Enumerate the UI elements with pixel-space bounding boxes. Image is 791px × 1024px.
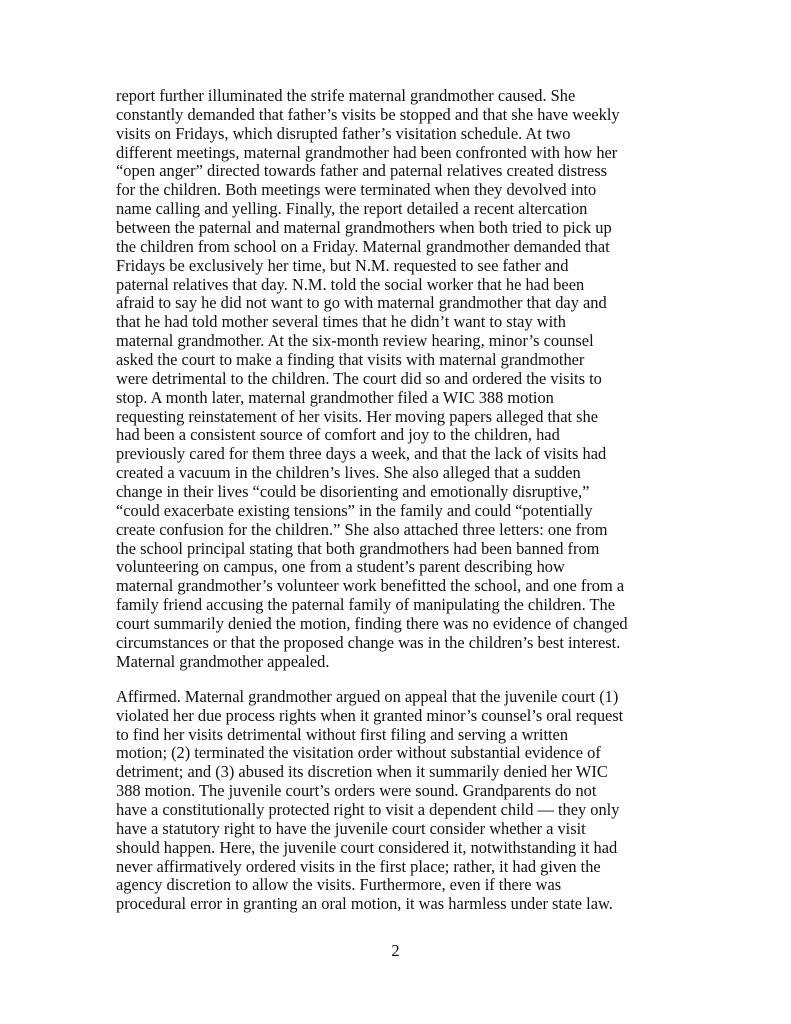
text-line: have a constitutionally protected right … [116, 801, 676, 820]
text-line: 388 motion. The juvenile court’s orders … [116, 782, 676, 801]
text-line: the school principal stating that both g… [116, 540, 676, 559]
body-text: report further illuminated the strife ma… [116, 87, 676, 914]
text-line: Maternal grandmother appealed. [116, 653, 676, 672]
text-line: previously cared for them three days a w… [116, 445, 676, 464]
text-line: between the paternal and maternal grandm… [116, 219, 676, 238]
text-line: report further illuminated the strife ma… [116, 87, 676, 106]
text-line: procedural error in granting an oral mot… [116, 895, 676, 914]
text-line: circumstances or that the proposed chang… [116, 634, 676, 653]
text-line: court summarily denied the motion, findi… [116, 615, 676, 634]
text-line: detriment; and (3) abused its discretion… [116, 763, 676, 782]
text-line: afraid to say he did not want to go with… [116, 294, 676, 313]
text-line: violated her due process rights when it … [116, 707, 676, 726]
text-line: for the children. Both meetings were ter… [116, 181, 676, 200]
text-line: maternal grandmother. At the six-month r… [116, 332, 676, 351]
text-line: create confusion for the children.” She … [116, 521, 676, 540]
text-line: visits on Fridays, which disrupted fathe… [116, 125, 676, 144]
text-line: created a vacuum in the children’s lives… [116, 464, 676, 483]
text-line: change in their lives “could be disorien… [116, 483, 676, 502]
text-line: “open anger” directed towards father and… [116, 162, 676, 181]
text-line: name calling and yelling. Finally, the r… [116, 200, 676, 219]
text-line: should happen. Here, the juvenile court … [116, 839, 676, 858]
text-line: “could exacerbate existing tensions” in … [116, 502, 676, 521]
text-line: paternal relatives that day. N.M. told t… [116, 276, 676, 295]
text-line: have a statutory right to have the juven… [116, 820, 676, 839]
text-line: Fridays be exclusively her time, but N.M… [116, 257, 676, 276]
text-line: were detrimental to the children. The co… [116, 370, 676, 389]
text-line: motion; (2) terminated the visitation or… [116, 744, 676, 763]
text-line: to find her visits detrimental without f… [116, 726, 676, 745]
text-line: volunteering on campus, one from a stude… [116, 558, 676, 577]
text-line: constantly demanded that father’s visits… [116, 106, 676, 125]
document-page: report further illuminated the strife ma… [0, 0, 791, 1024]
text-line: the children from school on a Friday. Ma… [116, 238, 676, 257]
text-line: had been a consistent source of comfort … [116, 426, 676, 445]
text-line: agency discretion to allow the visits. F… [116, 876, 676, 895]
page-number: 2 [0, 941, 791, 960]
paragraph-facts: report further illuminated the strife ma… [116, 87, 676, 672]
text-line: family friend accusing the paternal fami… [116, 596, 676, 615]
paragraph-spacer [116, 672, 676, 688]
text-line: different meetings, maternal grandmother… [116, 144, 676, 163]
text-line: maternal grandmother’s volunteer work be… [116, 577, 676, 596]
text-line: that he had told mother several times th… [116, 313, 676, 332]
paragraph-holding: Affirmed. Maternal grandmother argued on… [116, 688, 676, 914]
text-line: stop. A month later, maternal grandmothe… [116, 389, 676, 408]
text-line: Affirmed. Maternal grandmother argued on… [116, 688, 676, 707]
text-line: requesting reinstatement of her visits. … [116, 408, 676, 427]
text-line: never affirmatively ordered visits in th… [116, 858, 676, 877]
text-line: asked the court to make a finding that v… [116, 351, 676, 370]
